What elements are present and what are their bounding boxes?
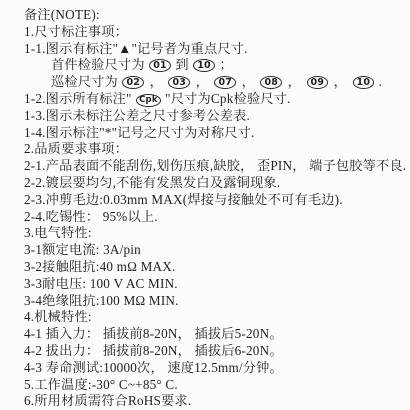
patrol-tail: .	[379, 74, 383, 89]
first-article-prefix: 首件检验尺寸为	[51, 57, 145, 72]
patrol-sep: ，	[334, 74, 347, 89]
note-2-4-solderability: 2-4.吃锡性： 95%以上.	[24, 209, 406, 226]
circled-dim-02: 02	[122, 76, 144, 89]
patrol-sep: ，	[196, 74, 209, 89]
note-section-2-quality: 2.品质要求事项：	[24, 141, 406, 158]
note-section-3-electrical: 3.电气特性:	[24, 225, 406, 242]
note-2-3-burr: 2-3.冲剪毛边:0.03mm MAX(焊接与接触处不可有毛边).	[24, 192, 406, 209]
patrol-sep: ，	[150, 74, 163, 89]
cpk-prefix: 1-2.图示所有标注"	[24, 91, 132, 106]
cpk-suffix: "尺寸为Cpk检验尺寸.	[165, 91, 290, 106]
note-1-3-tolerance-table: 1-3.图示未标注公差之尺寸参考公差表.	[24, 108, 406, 125]
first-article-to: 到	[175, 57, 188, 72]
patrol-sep: ，	[242, 74, 255, 89]
note-3-2-contact-resistance: 3-2接触阻抗:40 mΩ MAX.	[24, 259, 406, 276]
note-section-4-mechanical: 4.机械特性:	[24, 309, 406, 326]
patrol-prefix: 巡检尺寸为	[51, 74, 118, 89]
note-2-2-plating: 2-2.镀层要均匀,不能有发黑发白及露铜现象.	[24, 175, 406, 192]
note-4-2-extraction-force: 4-2 拔出力： 插拔前8-20N， 插拔后6-20N。	[24, 343, 406, 360]
circled-cpk-marker: Cpk	[136, 94, 161, 107]
note-4-3-durability-test: 4-3 寿命测试:10000次， 速度12.5mm/分钟。	[24, 360, 406, 377]
note-6-rohs: 6.所用材质需符合RoHS要求.	[24, 393, 406, 410]
note-1-1-key-dimension: 1-1.图示有标注"▲"记号者为重点尺寸.	[24, 41, 406, 58]
note-patrol-dims: 巡检尺寸为 02 ， 03 ， 07 ， 08 ， 09 ， 10 .	[51, 74, 406, 91]
note-3-1-rated-current: 3-1额定电流: 3A/pin	[24, 242, 406, 259]
circled-dim-09: 09	[307, 76, 329, 89]
note-3-4-insulation-resistance: 3-4绝缘阻抗:100 MΩ MIN.	[24, 293, 406, 310]
note-section-1-dimension: 1.尺寸标注事项：	[24, 24, 406, 41]
drawing-notes-document: 备注(NOTE): 1.尺寸标注事项： 1-1.图示有标注"▲"记号者为重点尺寸…	[0, 0, 410, 410]
note-5-operating-temperature: 5.工作温度:-30° C~+85° C.	[24, 377, 406, 394]
note-1-2-cpk: 1-2.图示所有标注" Cpk "尺寸为Cpk检验尺寸.	[24, 91, 406, 108]
first-article-tail: ；	[219, 57, 232, 72]
note-4-1-insertion-force: 4-1 插入力： 插拔前8-20N， 插拔后5-20N。	[24, 326, 406, 343]
circled-dim-07: 07	[214, 76, 236, 89]
patrol-sep: ，	[288, 74, 301, 89]
note-2-1-surface-defects: 2-1.产品表面不能刮伤,划伤压痕,缺胶， 歪PIN， 端子包胶等不良.	[24, 158, 406, 175]
circled-dim-01: 01	[149, 59, 171, 72]
circled-dim-03: 03	[168, 76, 190, 89]
circled-dim-08: 08	[260, 76, 282, 89]
circled-dim-10: 10	[353, 76, 375, 89]
note-first-article-dims: 首件检验尺寸为 01 到 10 ；	[51, 57, 406, 74]
circled-dim-10: 10	[193, 59, 215, 72]
note-1-4-symmetric-dims: 1-4.图示标注"*"记号之尺寸为对称尺寸.	[24, 125, 406, 142]
document-title: 备注(NOTE):	[24, 7, 406, 24]
note-3-3-withstand-voltage: 3-3耐电压: 100 V AC MIN.	[24, 276, 406, 293]
